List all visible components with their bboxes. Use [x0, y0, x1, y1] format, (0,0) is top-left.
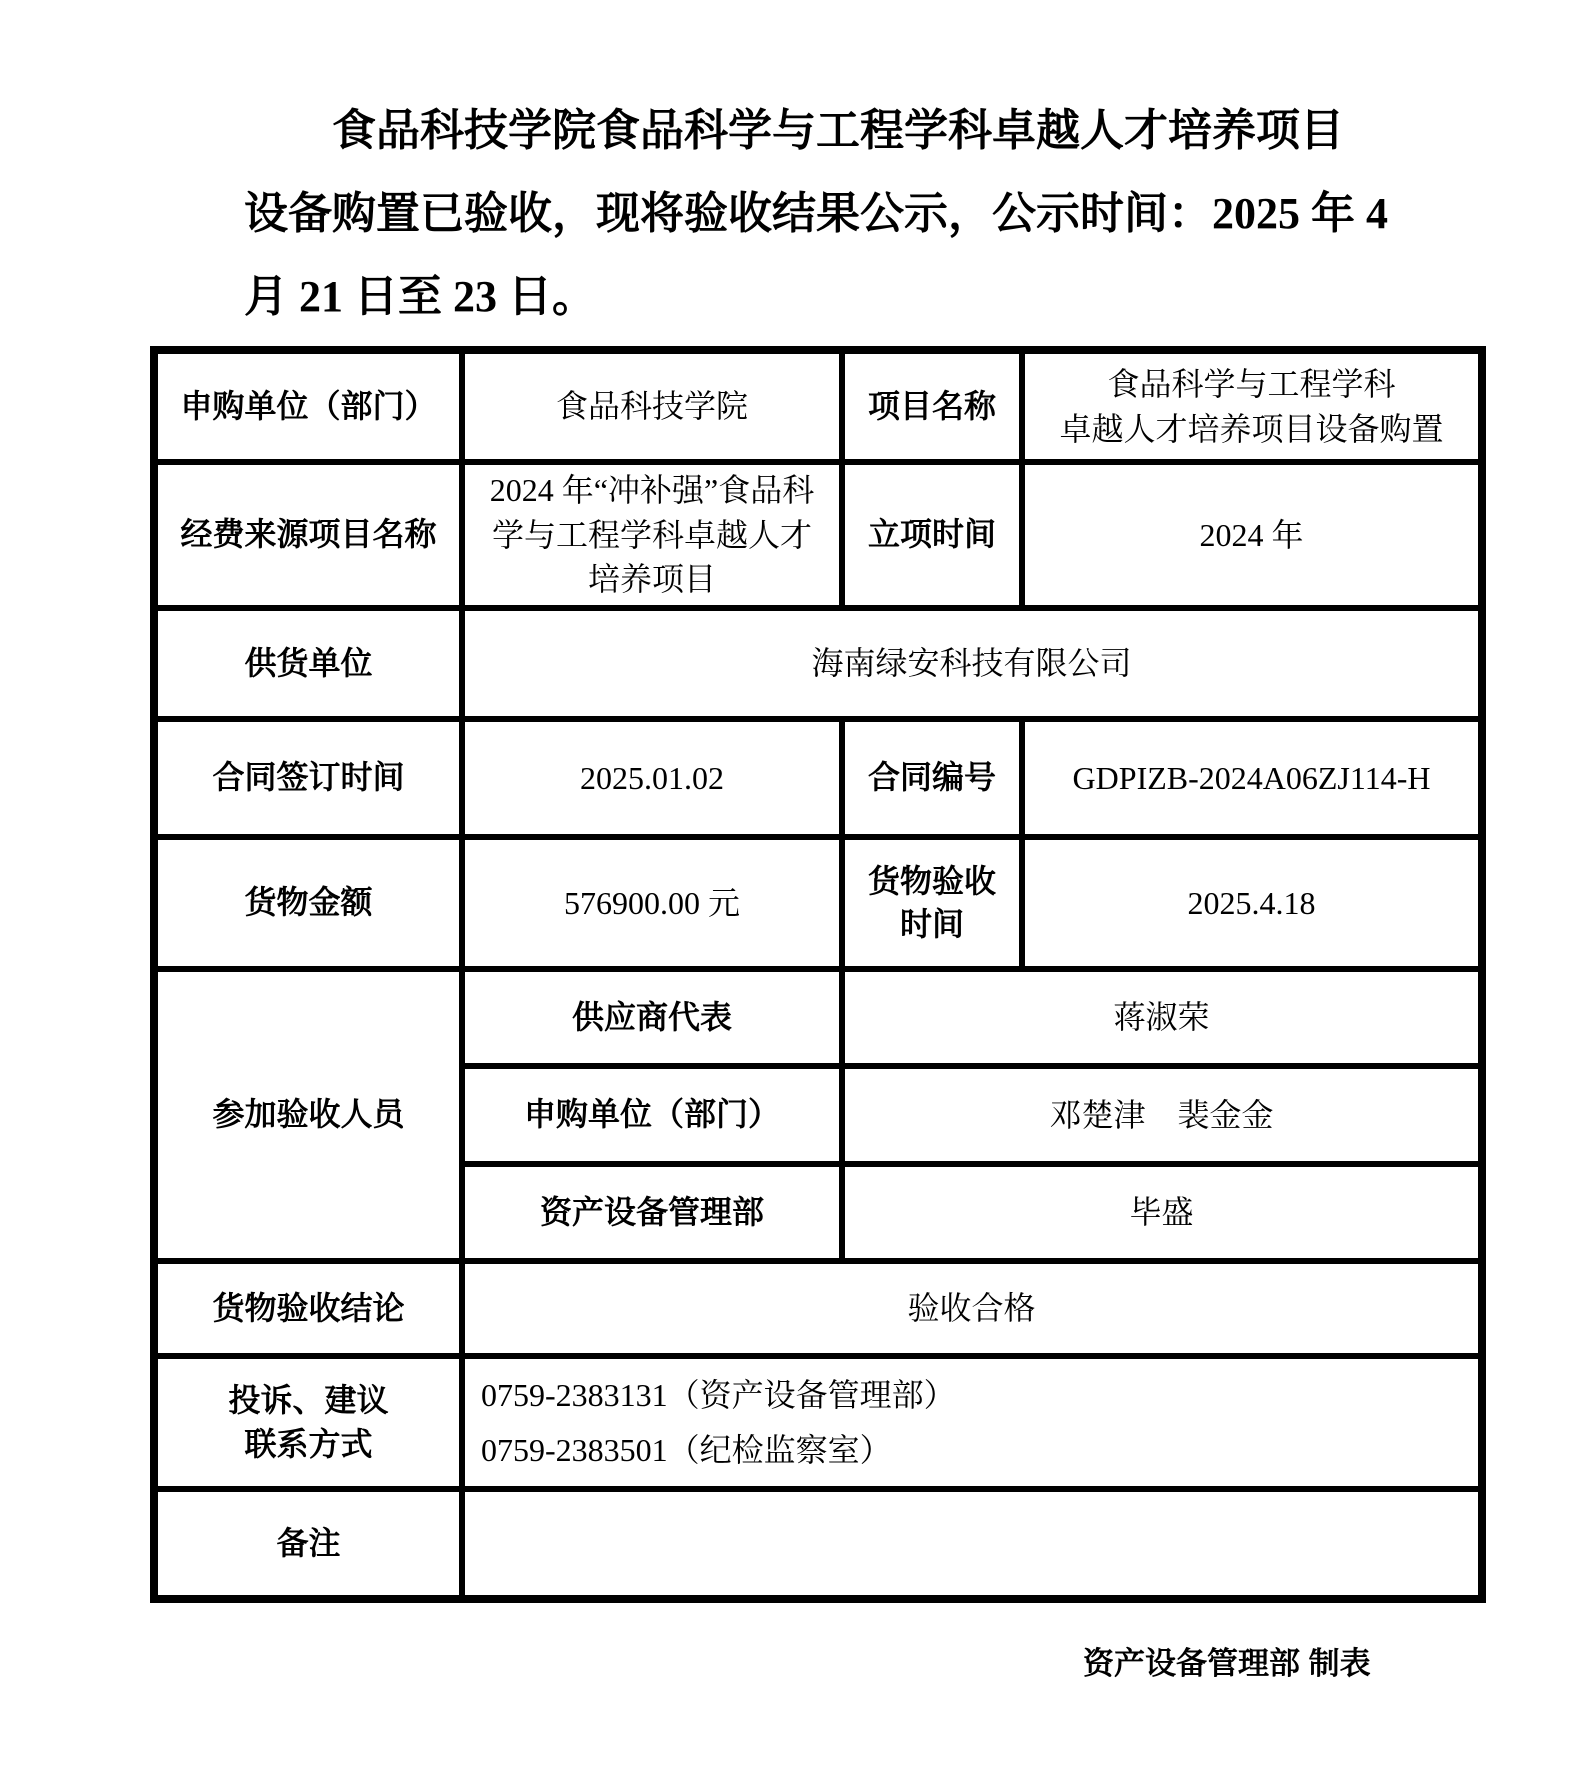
conclusion-value: 验收合格 — [462, 1261, 1482, 1356]
participant-role-asset-dept: 资产设备管理部 — [462, 1164, 842, 1261]
project-name-value: 食品科学与工程学科 卓越人才培养项目设备购置 — [1022, 350, 1482, 462]
intro-line-2: 设备购置已验收，现将验收结果公示，公示时间：2025 年 4 — [244, 172, 1384, 255]
table-row: 投诉、建议 联系方式 0759-2383131（资产设备管理部） 0759-23… — [154, 1356, 1482, 1489]
table-row: 备注 — [154, 1489, 1482, 1599]
contract-sign-time-value: 2025.01.02 — [462, 719, 842, 837]
supplier-value: 海南绿安科技有限公司 — [462, 608, 1482, 719]
table-row: 合同签订时间 2025.01.02 合同编号 GDPIZB-2024A06ZJ1… — [154, 719, 1482, 837]
intro-line-3: 月 21 日至 23 日。 — [244, 255, 1384, 338]
document-page: 食品科技学院食品科学与工程学科卓越人才培养项目 设备购置已验收，现将验收结果公示… — [0, 0, 1587, 1785]
acceptance-time-value: 2025.4.18 — [1022, 837, 1482, 969]
table-row: 货物金额 576900.00 元 货物验收 时间 2025.4.18 — [154, 837, 1482, 969]
participants-label: 参加验收人员 — [154, 969, 462, 1261]
conclusion-label: 货物验收结论 — [154, 1261, 462, 1356]
contract-no-label: 合同编号 — [842, 719, 1022, 837]
contact-value: 0759-2383131（资产设备管理部） 0759-2383501（纪检监察室… — [462, 1356, 1482, 1489]
intro-paragraph: 食品科技学院食品科学与工程学科卓越人才培养项目 设备购置已验收，现将验收结果公示… — [244, 89, 1384, 338]
participant-role-purchase-unit: 申购单位（部门） — [462, 1066, 842, 1164]
participant-names-purchase-unit: 邓楚津 裴金金 — [842, 1066, 1482, 1164]
goods-amount-value: 576900.00 元 — [462, 837, 842, 969]
contact-label: 投诉、建议 联系方式 — [154, 1356, 462, 1489]
participant-names-supplier-rep: 蒋淑荣 — [842, 969, 1482, 1066]
contract-no-value: GDPIZB-2024A06ZJ114-H — [1022, 719, 1482, 837]
funding-source-value: 2024 年“冲补强”食品科 学与工程学科卓越人才 培养项目 — [462, 462, 842, 608]
table-row: 参加验收人员 供应商代表 蒋淑荣 — [154, 969, 1482, 1066]
funding-source-label: 经费来源项目名称 — [154, 462, 462, 608]
acceptance-time-label: 货物验收 时间 — [842, 837, 1022, 969]
intro-line-1: 食品科技学院食品科学与工程学科卓越人才培养项目 — [244, 89, 1384, 172]
acceptance-result-table: 申购单位（部门） 食品科技学院 项目名称 食品科学与工程学科 卓越人才培养项目设… — [150, 346, 1486, 1603]
table-row: 货物验收结论 验收合格 — [154, 1261, 1482, 1356]
table-row: 经费来源项目名称 2024 年“冲补强”食品科 学与工程学科卓越人才 培养项目 … — [154, 462, 1482, 608]
remark-value — [462, 1489, 1482, 1599]
goods-amount-label: 货物金额 — [154, 837, 462, 969]
participant-role-supplier-rep: 供应商代表 — [462, 969, 842, 1066]
project-setup-time-value: 2024 年 — [1022, 462, 1482, 608]
table-row: 申购单位（部门） 食品科技学院 项目名称 食品科学与工程学科 卓越人才培养项目设… — [154, 350, 1482, 462]
purchase-unit-value: 食品科技学院 — [462, 350, 842, 462]
table-maker-note: 资产设备管理部 制表 — [1083, 1638, 1371, 1683]
remark-label: 备注 — [154, 1489, 462, 1599]
table-row: 供货单位 海南绿安科技有限公司 — [154, 608, 1482, 719]
purchase-unit-label: 申购单位（部门） — [154, 350, 462, 462]
project-setup-time-label: 立项时间 — [842, 462, 1022, 608]
project-name-label: 项目名称 — [842, 350, 1022, 462]
participant-names-asset-dept: 毕盛 — [842, 1164, 1482, 1261]
supplier-label: 供货单位 — [154, 608, 462, 719]
contract-sign-time-label: 合同签订时间 — [154, 719, 462, 837]
